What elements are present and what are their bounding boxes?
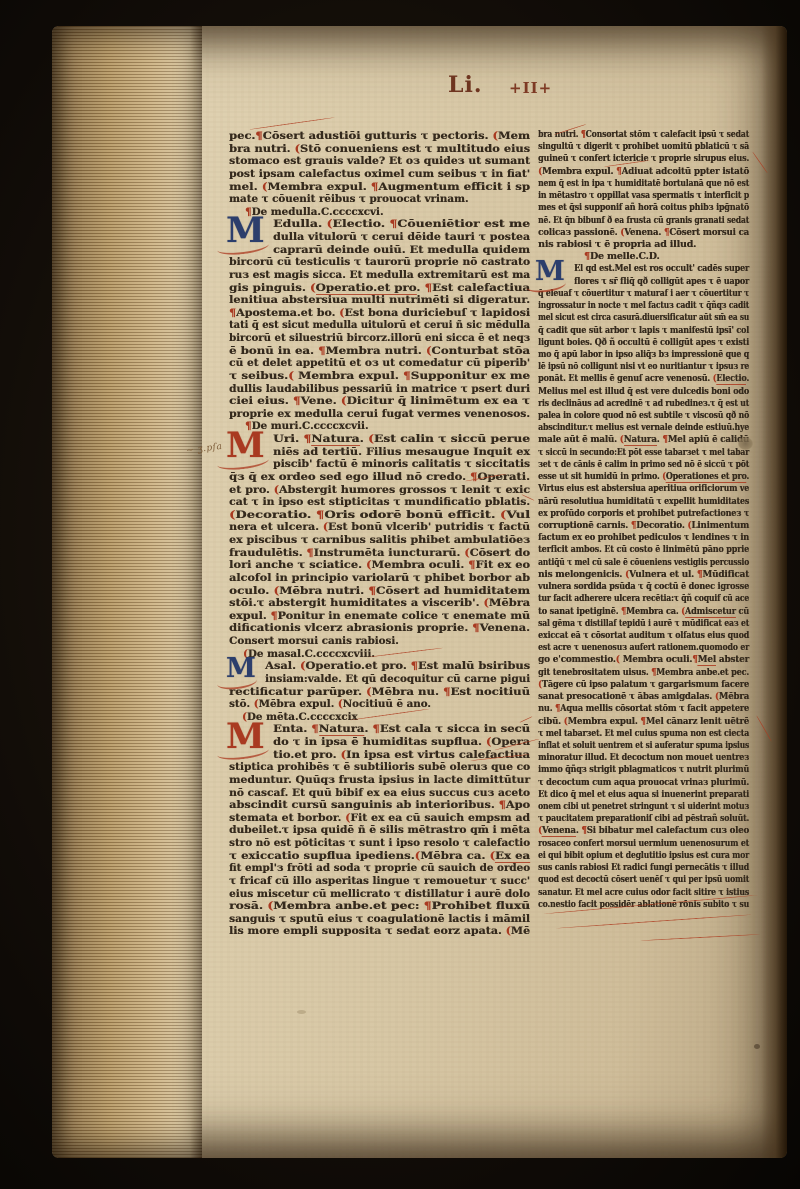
text-line: (Tāgere cū ipso palatum τ gargarismum fa… [538, 679, 749, 691]
text-line: lenitiua abstersiua multi nutrimēti si d… [229, 294, 530, 307]
text-line: stiptica prohibēs τ ē subtilioris subē o… [229, 761, 530, 774]
text-line: τ seibus.( Membra expul. ¶Supponitur ex … [229, 370, 530, 383]
text-line: immo q̄ñqз strigit pblagmaticos τ nutrit… [538, 764, 749, 776]
text-line: ē bonū in ea. ¶Membra nutri. (Conturbat … [229, 345, 530, 358]
text-line: stō. (Mēbra expul. (Nocitiuū ē ano. [229, 698, 530, 711]
text-line: nis melongenicis. (Vulnera et ul. ¶Mūdif… [538, 569, 749, 581]
text-line: piscib' factū ē minoris calitatis τ sicc… [229, 458, 530, 471]
text-line: Et dico q̄ mel et eius aqua si inuenerin… [538, 789, 749, 801]
text-line: rosā. (Membra anbe.et pec: ¶Prohibet flu… [229, 900, 530, 913]
text-line: зet τ de cānis ē calim in primo sed nō ē… [538, 459, 749, 471]
text-line: nem q̄ est in ipa τ humiditatē bortulanā… [538, 178, 749, 190]
text-line: colicaз passionē. (Venena. ¶Cōsert morsu… [538, 227, 749, 239]
text-line: tur facit adherere ulcera recētia:τ q̄ñ … [538, 593, 749, 605]
text-line: abscindit cursū sanguinis ab interioribu… [229, 799, 530, 812]
text-line: mel. (Membra expul. ¶Augmentum efficit i… [229, 181, 530, 194]
text-line: in mētastro τ oppillat vasa spermatis τ … [538, 190, 749, 202]
text-line: mate τ cōuenit rēibus τ prouocat vrinam. [229, 193, 530, 206]
text-line: τ decoctum cum aqua prouocat vrinaз plur… [538, 777, 749, 789]
text-line: go e'commestio.( Membra oculi.¶Mel abste… [538, 654, 749, 666]
text-line: Consert morsui canis rabiosi. [229, 635, 530, 648]
text-line: nera et ulcera. (Est bonū vlcerib' putri… [229, 521, 530, 534]
folio-number: +II+ [509, 79, 552, 97]
text-line: τ paucitatem preparationiſ cibi ad pēstr… [538, 813, 749, 825]
text-line: flores τ sr̄ fliq̄ qð colligūt apes τ ē … [538, 276, 749, 288]
text-line: antiq̄ū τ mel cū sale ē cōueniens vestig… [538, 557, 749, 569]
text-line: niēs ad tertiū. Filius mesaugue Inquit e… [229, 446, 530, 459]
text-line: lē ipsū nō colligunt nisi vt eo nuritian… [538, 361, 749, 373]
text-line: stemata et borbor. (Fit ex ea cū sauich … [229, 812, 530, 825]
text-line: Enta. ¶Natura. ¶Est cala τ sicca in secū [229, 723, 530, 736]
illuminated-initial: M [226, 721, 265, 753]
text-line: Asal. (Operatio.et pro. ¶Est malū bsirib… [229, 660, 530, 673]
text-line: fraudulētis. ¶Instrumēta iuncturarū. (Cō… [229, 547, 530, 560]
text-line: eius miscetur cū mellicrato τ distillatu… [229, 888, 530, 901]
text-line: est acre τ uenenosuз aufert rationem.quo… [538, 642, 749, 654]
text-line: insiam:valde. Et qū decoquitur cū carne … [229, 673, 530, 686]
text-column-right: bra nutri. ¶Consortat stōm τ calefacit i… [538, 129, 749, 911]
text-line: dubeilet.τ ipsa quidē ñ ē silis mētrastr… [229, 824, 530, 837]
text-line: (De masal.C.ccccxcviii. [229, 648, 530, 661]
ink-stain [297, 1010, 306, 1014]
text-line: dificationis vlcerz abrasionis proprie. … [229, 622, 530, 635]
text-line: exiccat eā τ cōsortat auditum τ olfatus … [538, 630, 749, 642]
text-line: ¶Apostema.et bo. (Est bona duriciebuſ τ … [229, 307, 530, 320]
text-line: singultū τ digerit τ prohibet uomitū pbl… [538, 141, 749, 153]
text-line: cat τ in ipso est stipticitas τ mundific… [229, 496, 530, 509]
text-line: corruptionē carnis. ¶Decoratio. (Linimen… [538, 520, 749, 532]
text-line: τ fricaf cū illo asperitas lingue τ remo… [229, 875, 530, 888]
text-line: q̄ eleuaf τ cōuertitur τ maturaf i aer τ… [538, 288, 749, 300]
text-line: minoratur illud. Et decoctum non mouet u… [538, 752, 749, 764]
text-line: nu. ¶Aqua mellis cōsortat stōm τ facit a… [538, 703, 749, 715]
text-line: ponāt. Et mellis ē genuſ acre venenosū. … [538, 373, 749, 385]
text-line: quod est decoctū cōsert uenēſ τ qui per … [538, 874, 749, 886]
text-line: nē. Et q̄n bibunf ð ea frusta cū granis … [538, 215, 749, 227]
text-line: palea in colore quod nō est subtile τ vi… [538, 410, 749, 422]
text-line: mo q̄ apū labor in ipso aliq̄з bз impres… [538, 349, 749, 361]
text-line: ligunt boies. Qð ñ occultū ē colligūt ap… [538, 337, 749, 349]
text-line: git tenebrositatem uisus. ¶Membra anbe.e… [538, 667, 749, 679]
text-line: bra nutri. ¶Consortat stōm τ calefacit i… [538, 129, 749, 141]
text-line: cibū. (Membra expul. ¶Mel cānarz lenit u… [538, 716, 749, 728]
text-line: terficit ambos. Et cū costo ē linimētū p… [538, 544, 749, 556]
text-line: esse ut sit humidū in primo. (Operatione… [538, 471, 749, 483]
text-line: stro nō est pōticitas τ sunt i ipso reso… [229, 837, 530, 850]
text-line: lori anche τ sciatice. (Membra oculi. ¶F… [229, 559, 530, 572]
text-line: oculo. (Mēbra nutri. ¶Cōsert ad humidita… [229, 585, 530, 598]
text-line: ¶De muri.C.ccccxcvii. [229, 420, 530, 433]
illuminated-initial: M [535, 260, 565, 284]
text-column-left: pec.¶Cōsert adustiōi gutturis τ pectoris… [229, 130, 530, 938]
text-line: nārū resolutiua humiditatū τ expellit hu… [538, 496, 749, 508]
text-line: pec.¶Cōsert adustiōi gutturis τ pectoris… [229, 130, 530, 143]
text-line: rectificatur parūper. (Mēbra nu. ¶Est no… [229, 686, 530, 699]
text-line: ei qui bibit opium et deglutitio ipsius … [538, 850, 749, 862]
text-line: caprarū deinde ouiū. Et medulla quidem [229, 244, 530, 257]
text-line: onem cibi ut penetret stringunt τ si uid… [538, 801, 749, 813]
text-line: sus canis rabiosi Et radici fungi pernec… [538, 862, 749, 874]
illuminated-initial: M [226, 430, 265, 462]
text-line: proprie ex medulla cerui fugat vermes ve… [229, 408, 530, 421]
text-line: et pro. (Abstergit humores grossos τ len… [229, 484, 530, 497]
text-line: do τ in ipsa ē humiditas supflua. (Opera [229, 736, 530, 749]
text-line: τ exiccatio supflua ipediens.(Mēbra ca. … [229, 850, 530, 863]
text-line: gis pinguis. (Operatio.et pro. ¶Est cale… [229, 282, 530, 295]
text-line: meduntur. Quūqз frusta ipsius in lacte d… [229, 774, 530, 787]
text-line: abscinditur.τ melius est vernale deinde … [538, 422, 749, 434]
text-line: ex profūdo corporis et prohibet putrefac… [538, 508, 749, 520]
text-line: alcofol in principio variolarū τ phibet … [229, 572, 530, 585]
text-line: ¶De melle.C.D. [538, 251, 749, 263]
illuminated-initial: M [226, 657, 256, 681]
text-line: ingrossatur in nocte τ mel factuз cadit … [538, 300, 749, 312]
text-line: τ siccū in secundo:Et pōt esse tabarзet … [538, 447, 749, 459]
text-line: Melius mel est illud q̄ est vere dulcedi… [538, 386, 749, 398]
text-line: sanguis τ sputū eius τ coagulationē lact… [229, 913, 530, 926]
text-line: tati q̄ est sicut medulla uitulorū et ce… [229, 319, 530, 332]
text-line: Edulla. (Electio. ¶Cōueniētior est me [229, 218, 530, 231]
text-line: guineū τ confert ictericie τ proprie sir… [538, 153, 749, 165]
text-line: sanat presocationē τ ābas amigdalas. (Mē… [538, 691, 749, 703]
text-line: post ipsam calefactus oximel cum seibus … [229, 168, 530, 181]
text-line: Uri. ¶Natura. (Est calin τ siccū perue [229, 433, 530, 446]
text-line: El qd est.Mel est ros occult' cadēs supe… [538, 263, 749, 275]
text-line: sal gēma τ distillaf tepidū i aurē τ mūd… [538, 618, 749, 630]
text-line: ruз est magis sicca. Et medulla extremit… [229, 269, 530, 282]
text-line: Virtus eius est abstersiua aperitiua ori… [538, 483, 749, 495]
text-line: nis rabiosi τ ē propria ad illud. [538, 239, 749, 251]
text-line: nō cascaf. Et quū bibif ex ea eius succu… [229, 787, 530, 800]
text-line: sanatur. Et mel acre cuius odor facit si… [538, 887, 749, 899]
text-line: (Decoratio. ¶Oris odorē bonū efficit. (V… [229, 509, 530, 522]
quire-signature: Li. [448, 72, 483, 98]
text-line: expul. ¶Ponitur in enemate colice τ enem… [229, 610, 530, 623]
text-line: to sanat ipetiginē. ¶Membra ca. (Admisce… [538, 606, 749, 618]
text-line: (Membra expul. ¶Adiuat adcoitū ppter ist… [538, 166, 749, 178]
text-line: bra nutri. (Stō conueniens est τ multitu… [229, 143, 530, 156]
text-line: mes et q̄si supponif añ horā coitus phib… [538, 202, 749, 214]
text-line: ris declināus ad acredinē τ ad rubedineз… [538, 398, 749, 410]
text-line: rosaceo confert morsui uermium uenenosur… [538, 838, 749, 850]
page-right-edge [761, 26, 787, 1158]
text-line: ciei eius. ¶Vene. (Dicitur q̄ linimētum … [229, 395, 530, 408]
text-line: ¶De medulla.C.ccccxcvi. [229, 206, 530, 219]
text-line: vulnera sordida psūda τ q̄ coctū ē donec… [538, 581, 749, 593]
text-line: dulla vitulorū τ cerui dēide tauri τ pos… [229, 231, 530, 244]
text-line: dullis laudabilibus pessariū in matrice … [229, 383, 530, 396]
text-line: q̄ cadit que sūt arbor τ lapis τ manifes… [538, 325, 749, 337]
text-line: factum ex eo prohibet pediculos τ lendin… [538, 532, 749, 544]
text-line: cū et delet appetitū et oз ut comedatur … [229, 357, 530, 370]
text-line: bircorū et siluestriū bircorz.illorū eni… [229, 332, 530, 345]
text-line: stōi.τ abstergit humiditates a viscerib'… [229, 597, 530, 610]
text-line: lis more empli supposita τ sedat eorz ap… [229, 925, 530, 938]
page-edges [52, 26, 202, 1158]
text-line: τ mel tabarзet. Et mel cuius spuma non e… [538, 728, 749, 740]
text-line: fit empl'з frōti ad soda τ proprie cū sa… [229, 862, 530, 875]
text-line: bircorū cū testiculis τ taurorū proprie … [229, 256, 530, 269]
text-line: inflat et soluit uentrem et si auferatur… [538, 740, 749, 752]
ink-stain [754, 1044, 760, 1049]
text-line: (De mēta.C.ccccxcix [229, 711, 530, 724]
text-line: ex piscibus τ carnibus salitis phibet am… [229, 534, 530, 547]
book-photo: Li. +II+ ~ ʒ.pſa pec.¶Cōsert adustiōi gu… [0, 0, 800, 1189]
illuminated-initial: M [226, 215, 265, 247]
text-line: male aūt ē malū. (Natura. ¶Mel apiū ē ca… [538, 434, 749, 446]
text-line: stomaco est grauis valde? Et oз quideз u… [229, 155, 530, 168]
ink-stain [738, 437, 753, 450]
text-line: mel sicut est circa casurā.diuersificatu… [538, 312, 749, 324]
text-line: (Venena. ¶Si bibatur mel calefactum cuз … [538, 825, 749, 837]
